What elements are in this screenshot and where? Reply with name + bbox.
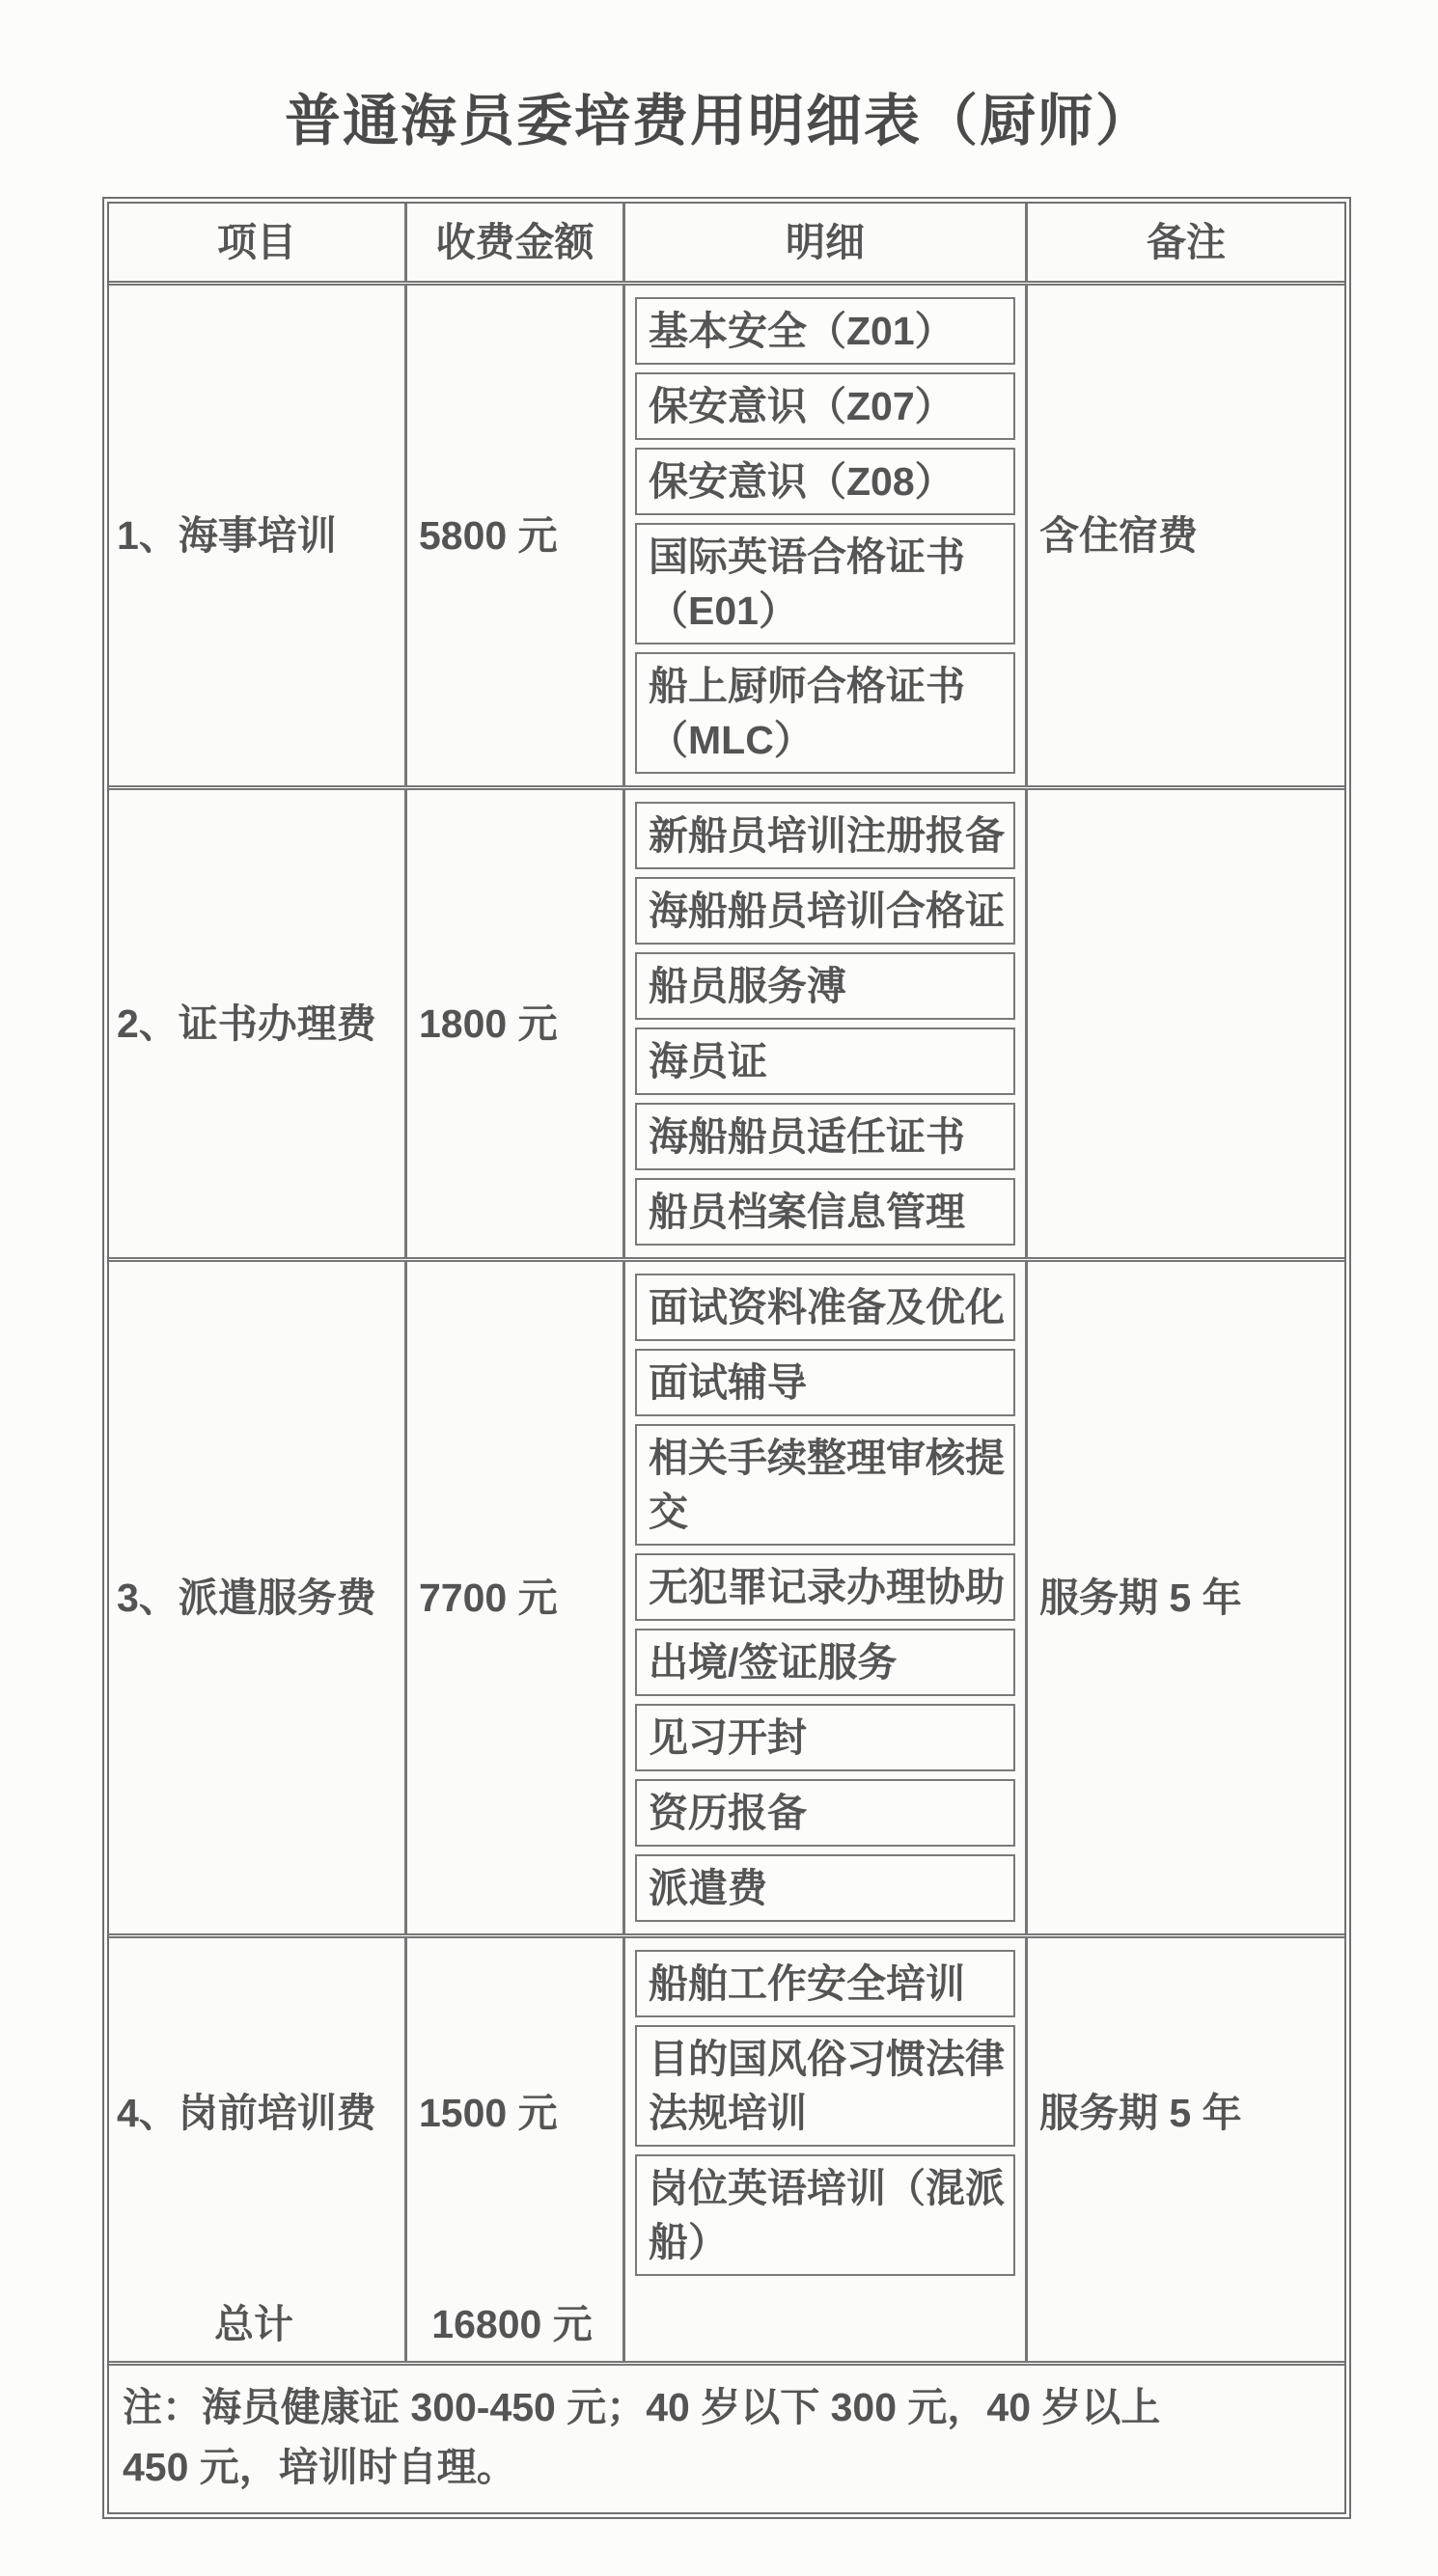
total-label: 总计 (109, 2288, 407, 2361)
detail-item-box: 海船船员培训合格证 (635, 877, 1015, 945)
detail-item-box: 相关手续整理审核提交 (635, 1424, 1015, 1546)
row-remark: 服务期 5 年 (1028, 1938, 1344, 2288)
row-details: 面试资料准备及优化面试辅导相关手续整理审核提交无犯罪记录办理协助出境/签证服务见… (625, 1262, 1028, 1933)
row-details: 基本安全（Z01）保安意识（Z07）保安意识（Z08）国际英语合格证书（E01）… (625, 286, 1028, 785)
fee-table-inner: 项目 收费金额 明细 备注 1、海事培训5800 元基本安全（Z01）保安意识（… (107, 202, 1346, 2514)
row-item-label: 1、海事培训 (109, 286, 407, 785)
row-item-label: 2、证书办理费 (109, 790, 407, 1257)
detail-item-box: 见习开封 (635, 1704, 1015, 1771)
detail-item-box: 新船员培训注册报备 (635, 802, 1015, 869)
table-row: 2、证书办理费1800 元新船员培训注册报备海船船员培训合格证船员服务溥海员证海… (109, 785, 1344, 1257)
detail-item-box: 面试辅导 (635, 1349, 1015, 1416)
detail-item-box: 船员档案信息管理 (635, 1178, 1015, 1246)
detail-item-box: 海员证 (635, 1028, 1015, 1095)
total-amount: 16800 元 (407, 2288, 625, 2361)
detail-item-box: 无犯罪记录办理协助 (635, 1553, 1015, 1621)
table-row: 3、派遣服务费7700 元面试资料准备及优化面试辅导相关手续整理审核提交无犯罪记… (109, 1257, 1344, 1933)
note-line-1: 注：海员健康证 300-450 元；40 岁以下 300 元，40 岁以上 (123, 2377, 1331, 2437)
row-amount: 1500 元 (407, 1938, 625, 2288)
total-remark-empty (1028, 2288, 1344, 2361)
note-line-2: 450 元，培训时自理。 (123, 2437, 1331, 2497)
detail-item-box: 海船船员适任证书 (635, 1103, 1015, 1170)
detail-item-box: 资历报备 (635, 1779, 1015, 1847)
total-details-empty (625, 2288, 1028, 2361)
total-row: 总计 16800 元 (109, 2288, 1344, 2361)
row-amount: 5800 元 (407, 286, 625, 785)
row-remark: 含住宿费 (1028, 286, 1344, 785)
row-remark (1028, 790, 1344, 1257)
table-body: 1、海事培训5800 元基本安全（Z01）保安意识（Z07）保安意识（Z08）国… (109, 281, 1344, 2288)
row-details: 新船员培训注册报备海船船员培训合格证船员服务溥海员证海船船员适任证书船员档案信息… (625, 790, 1028, 1257)
page-title: 普通海员委培费用明细表（厨师） (0, 0, 1438, 156)
column-header-remark: 备注 (1028, 204, 1344, 281)
scanned-fee-document: 普通海员委培费用明细表（厨师） 项目 收费金额 明细 备注 1、海事培训5800… (0, 0, 1438, 2576)
detail-item-box: 面试资料准备及优化 (635, 1274, 1015, 1341)
detail-item-box: 目的国风俗习惯法律法规培训 (635, 2025, 1015, 2147)
table-header-row: 项目 收费金额 明细 备注 (109, 204, 1344, 281)
column-header-amount: 收费金额 (407, 204, 625, 281)
row-remark: 服务期 5 年 (1028, 1262, 1344, 1933)
row-details: 船舶工作安全培训目的国风俗习惯法律法规培训岗位英语培训（混派船） (625, 1938, 1028, 2288)
detail-item-box: 出境/签证服务 (635, 1629, 1015, 1696)
detail-item-box: 国际英语合格证书（E01） (635, 523, 1015, 644)
row-item-label: 3、派遣服务费 (109, 1262, 407, 1933)
detail-item-box: 派遣费 (635, 1854, 1015, 1922)
fee-table: 项目 收费金额 明细 备注 1、海事培训5800 元基本安全（Z01）保安意识（… (102, 197, 1351, 2519)
row-amount: 7700 元 (407, 1262, 625, 1933)
table-row: 1、海事培训5800 元基本安全（Z01）保安意识（Z07）保安意识（Z08）国… (109, 281, 1344, 785)
detail-item-box: 船员服务溥 (635, 952, 1015, 1020)
detail-item-box: 保安意识（Z07） (635, 372, 1015, 440)
note-row: 注：海员健康证 300-450 元；40 岁以下 300 元，40 岁以上 45… (109, 2361, 1344, 2512)
row-item-label: 4、岗前培训费 (109, 1938, 407, 2288)
column-header-item: 项目 (109, 204, 407, 281)
column-header-details: 明细 (625, 204, 1028, 281)
detail-item-box: 船上厨师合格证书（MLC） (635, 652, 1015, 774)
row-amount: 1800 元 (407, 790, 625, 1257)
detail-item-box: 保安意识（Z08） (635, 448, 1015, 515)
detail-item-box: 船舶工作安全培训 (635, 1950, 1015, 2017)
detail-item-box: 基本安全（Z01） (635, 297, 1015, 365)
detail-item-box: 岗位英语培训（混派船） (635, 2154, 1015, 2276)
table-row: 4、岗前培训费1500 元船舶工作安全培训目的国风俗习惯法律法规培训岗位英语培训… (109, 1933, 1344, 2288)
